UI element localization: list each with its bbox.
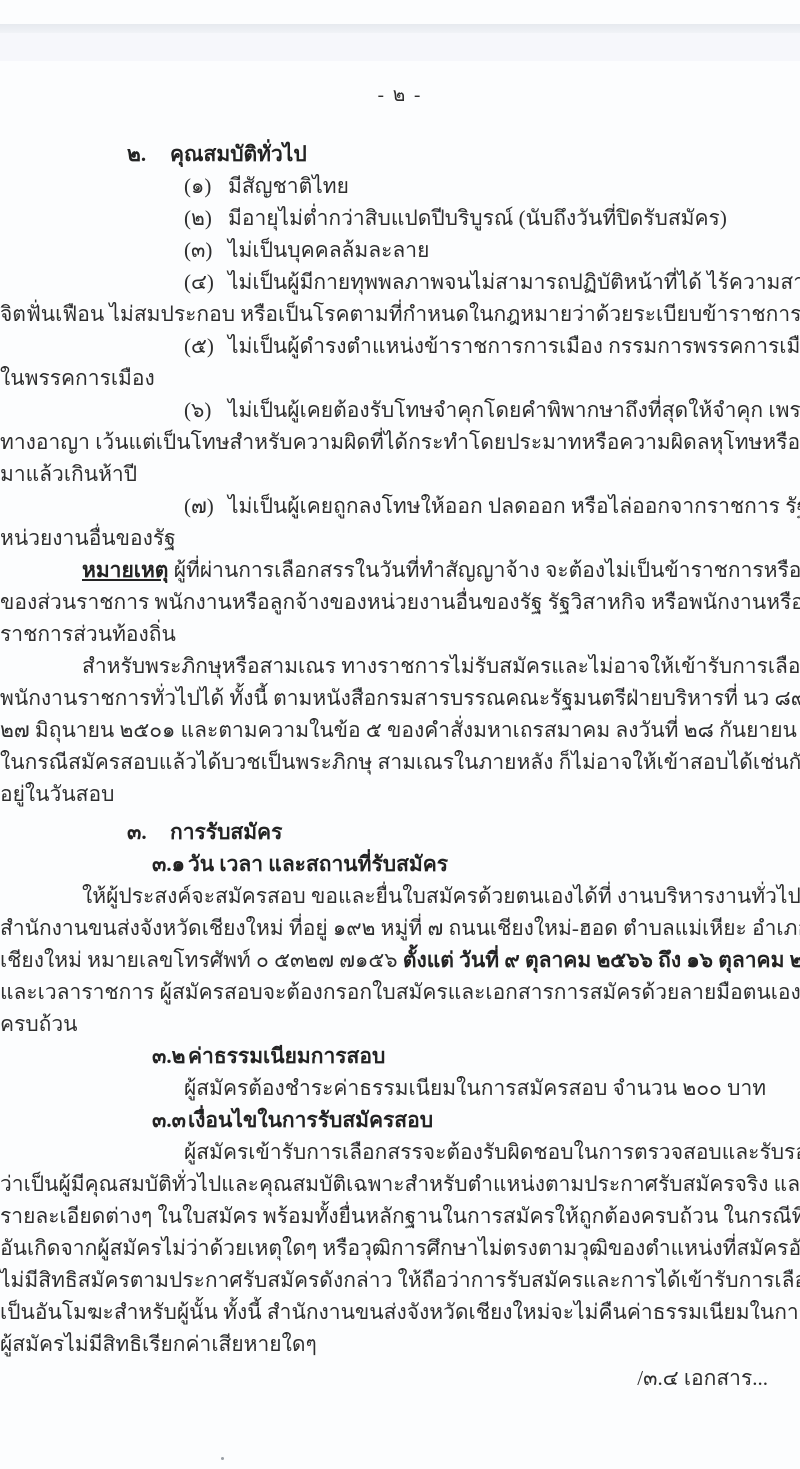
section-3-title: การรับสมัคร — [170, 820, 282, 844]
continuation-marker: /๓.๔ เอกสาร... — [637, 1362, 768, 1394]
item-1-marker: (๑) — [184, 170, 228, 202]
section-3-1-number: ๓.๑ — [152, 848, 188, 880]
section-3-1-heading: ๓.๑วัน เวลา และสถานที่รับสมัคร — [152, 848, 448, 880]
section-3-number: ๓. — [127, 816, 170, 848]
sub1-line-2: สำนักงานขนส่งจังหวัดเชียงใหม่ ที่อยู่ ๑๙… — [0, 912, 800, 944]
sub1-line-3: เชียงใหม่ หมายเลขโทรศัพท์ ๐ ๕๓๒๗ ๗๑๕๖ ตั… — [0, 944, 800, 976]
section-3-1-title: วัน เวลา และสถานที่รับสมัคร — [188, 852, 448, 876]
sub2-line-1: ผู้สมัครต้องชำระค่าธรรมเนียมในการสมัครสอ… — [184, 1072, 766, 1104]
item-7-continuation: หน่วยงานอื่นของรัฐ — [0, 522, 176, 554]
sub3-line-3: รายละเอียดต่างๆ ในใบสมัคร พร้อมทั้งยื่นห… — [0, 1200, 800, 1232]
sub3-line-7: ผู้สมัครไม่มีสิทธิเรียกค่าเสียหายใดๆ — [0, 1328, 317, 1360]
note-paragraph: หมายเหตุ ผู้ที่ผ่านการเลือกสรรในวันที่ทำ… — [82, 554, 800, 586]
item-4-continuation: จิตฟั่นเฟือน ไม่สมประกอบ หรือเป็นโรคตามท… — [0, 298, 800, 330]
application-period: ตั้งแต่ วันที่ ๙ ตุลาคม ๒๕๖๖ ถึง ๑๖ ตุลา… — [403, 948, 800, 972]
item-3-marker: (๓) — [184, 234, 228, 266]
section-3-heading: ๓.การรับสมัคร — [127, 816, 282, 848]
qualification-item-3: (๓)ไม่เป็นบุคคลล้มละลาย — [184, 234, 429, 266]
sub3-line-6: เป็นอันโมฆะสำหรับผู้นั้น ทั้งนี้ สำนักงา… — [0, 1296, 800, 1328]
item-7-text: ไม่เป็นผู้เคยถูกลงโทษให้ออก ปลดออก หรือไ… — [228, 494, 800, 518]
sub1-line-5: ครบถ้วน — [0, 1008, 78, 1040]
item-6-text: ไม่เป็นผู้เคยต้องรับโทษจำคุกโดยคำพิพากษา… — [228, 398, 800, 422]
sub1-line-4: และเวลาราชการ ผู้สมัครสอบจะต้องกรอกใบสมั… — [0, 976, 800, 1008]
note-line-3: ราชการส่วนท้องถิ่น — [0, 618, 176, 650]
monk-paragraph-line-3: ๒๗ มิถุนายน ๒๕๐๑ และตามความในข้อ ๕ ของคำ… — [0, 714, 800, 746]
item-3-text: ไม่เป็นบุคคลล้มละลาย — [228, 238, 429, 262]
item-7-marker: (๗) — [184, 490, 228, 522]
qualification-item-5: (๕)ไม่เป็นผู้ดำรงตำแหน่งข้าราชการการเมือ… — [184, 330, 800, 362]
item-5-continuation: ในพรรคการเมือง — [0, 362, 155, 394]
sub3-line-2: ว่าเป็นผู้มีคุณสมบัติทั่วไปและคุณสมบัติเ… — [0, 1168, 800, 1200]
section-3-3-heading: ๓.๓เงื่อนไขในการรับสมัครสอบ — [152, 1104, 433, 1136]
section-3-3-title: เงื่อนไขในการรับสมัครสอบ — [188, 1108, 433, 1132]
qualification-item-1: (๑)มีสัญชาติไทย — [184, 170, 349, 202]
section-2-heading: ๒.คุณสมบัติทั่วไป — [127, 138, 307, 170]
qualification-item-6: (๖)ไม่เป็นผู้เคยต้องรับโทษจำคุกโดยคำพิพา… — [184, 394, 800, 426]
item-1-text: มีสัญชาติไทย — [228, 174, 349, 198]
section-3-3-number: ๓.๓ — [152, 1104, 188, 1136]
item-4-text: ไม่เป็นผู้มีกายทุพพลภาพจนไม่สามารถปฏิบัต… — [228, 270, 800, 294]
page-number: - ๒ - — [0, 80, 800, 112]
item-4-marker: (๔) — [184, 266, 228, 298]
section-2-number: ๒. — [127, 138, 170, 170]
item-2-marker: (๒) — [184, 202, 228, 234]
monk-paragraph-line-2: พนักงานราชการทั่วไปได้ ทั้งนี้ ตามหนังสื… — [0, 682, 800, 714]
item-6-continuation-2: มาแล้วเกินห้าปี — [0, 458, 137, 490]
note-line-2: ของส่วนราชการ พนักงานหรือลูกจ้างของหน่วย… — [0, 586, 800, 618]
scan-artifact-band — [0, 24, 800, 33]
qualification-item-4: (๔)ไม่เป็นผู้มีกายทุพพลภาพจนไม่สามารถปฏิ… — [184, 266, 800, 298]
monk-paragraph-line-1: สำหรับพระภิกษุหรือสามเณร ทางราชการไม่รับ… — [82, 650, 800, 682]
note-label: หมายเหตุ — [82, 558, 168, 582]
item-5-marker: (๕) — [184, 330, 228, 362]
sub3-line-1: ผู้สมัครเข้ารับการเลือกสรรจะต้องรับผิดชอ… — [184, 1136, 800, 1168]
scan-artifact-dot — [221, 1457, 224, 1460]
sub1-line-3-pre: เชียงใหม่ หมายเลขโทรศัพท์ ๐ ๕๓๒๗ ๗๑๕๖ — [0, 948, 403, 972]
document-page: - ๒ - ๒.คุณสมบัติทั่วไป (๑)มีสัญชาติไทย … — [0, 0, 800, 1469]
section-2-title: คุณสมบัติทั่วไป — [170, 142, 307, 166]
section-3-2-heading: ๓.๒ค่าธรรมเนียมการสอบ — [152, 1040, 385, 1072]
item-2-text: มีอายุไม่ต่ำกว่าสิบแปดปีบริบูรณ์ (นับถึง… — [228, 206, 727, 230]
section-3-2-title: ค่าธรรมเนียมการสอบ — [188, 1044, 385, 1068]
qualification-item-2: (๒)มีอายุไม่ต่ำกว่าสิบแปดปีบริบูรณ์ (นับ… — [184, 202, 727, 234]
sub1-line-1: ให้ผู้ประสงค์จะสมัครสอบ ขอและยื่นใบสมัคร… — [82, 880, 800, 912]
monk-paragraph-line-4: ในกรณีสมัครสอบแล้วได้บวชเป็นพระภิกษุ สาม… — [0, 746, 800, 778]
item-5-text: ไม่เป็นผู้ดำรงตำแหน่งข้าราชการการเมือง ก… — [228, 334, 800, 358]
monk-paragraph-line-5: อยู่ในวันสอบ — [0, 778, 114, 810]
scan-artifact-band-light — [0, 33, 800, 61]
item-6-continuation-1: ทางอาญา เว้นแต่เป็นโทษสำหรับความผิดที่ได… — [0, 426, 800, 458]
sub3-line-5: ไม่มีสิทธิสมัครตามประกาศรับสมัครดังกล่าว… — [0, 1264, 800, 1296]
item-6-marker: (๖) — [184, 394, 228, 426]
section-3-2-number: ๓.๒ — [152, 1040, 188, 1072]
sub3-line-4: อันเกิดจากผู้สมัครไม่ว่าด้วยเหตุใดๆ หรือ… — [0, 1232, 800, 1264]
qualification-item-7: (๗)ไม่เป็นผู้เคยถูกลงโทษให้ออก ปลดออก หร… — [184, 490, 800, 522]
note-line-1: ผู้ที่ผ่านการเลือกสรรในวันที่ทำสัญญาจ้าง… — [168, 558, 800, 582]
